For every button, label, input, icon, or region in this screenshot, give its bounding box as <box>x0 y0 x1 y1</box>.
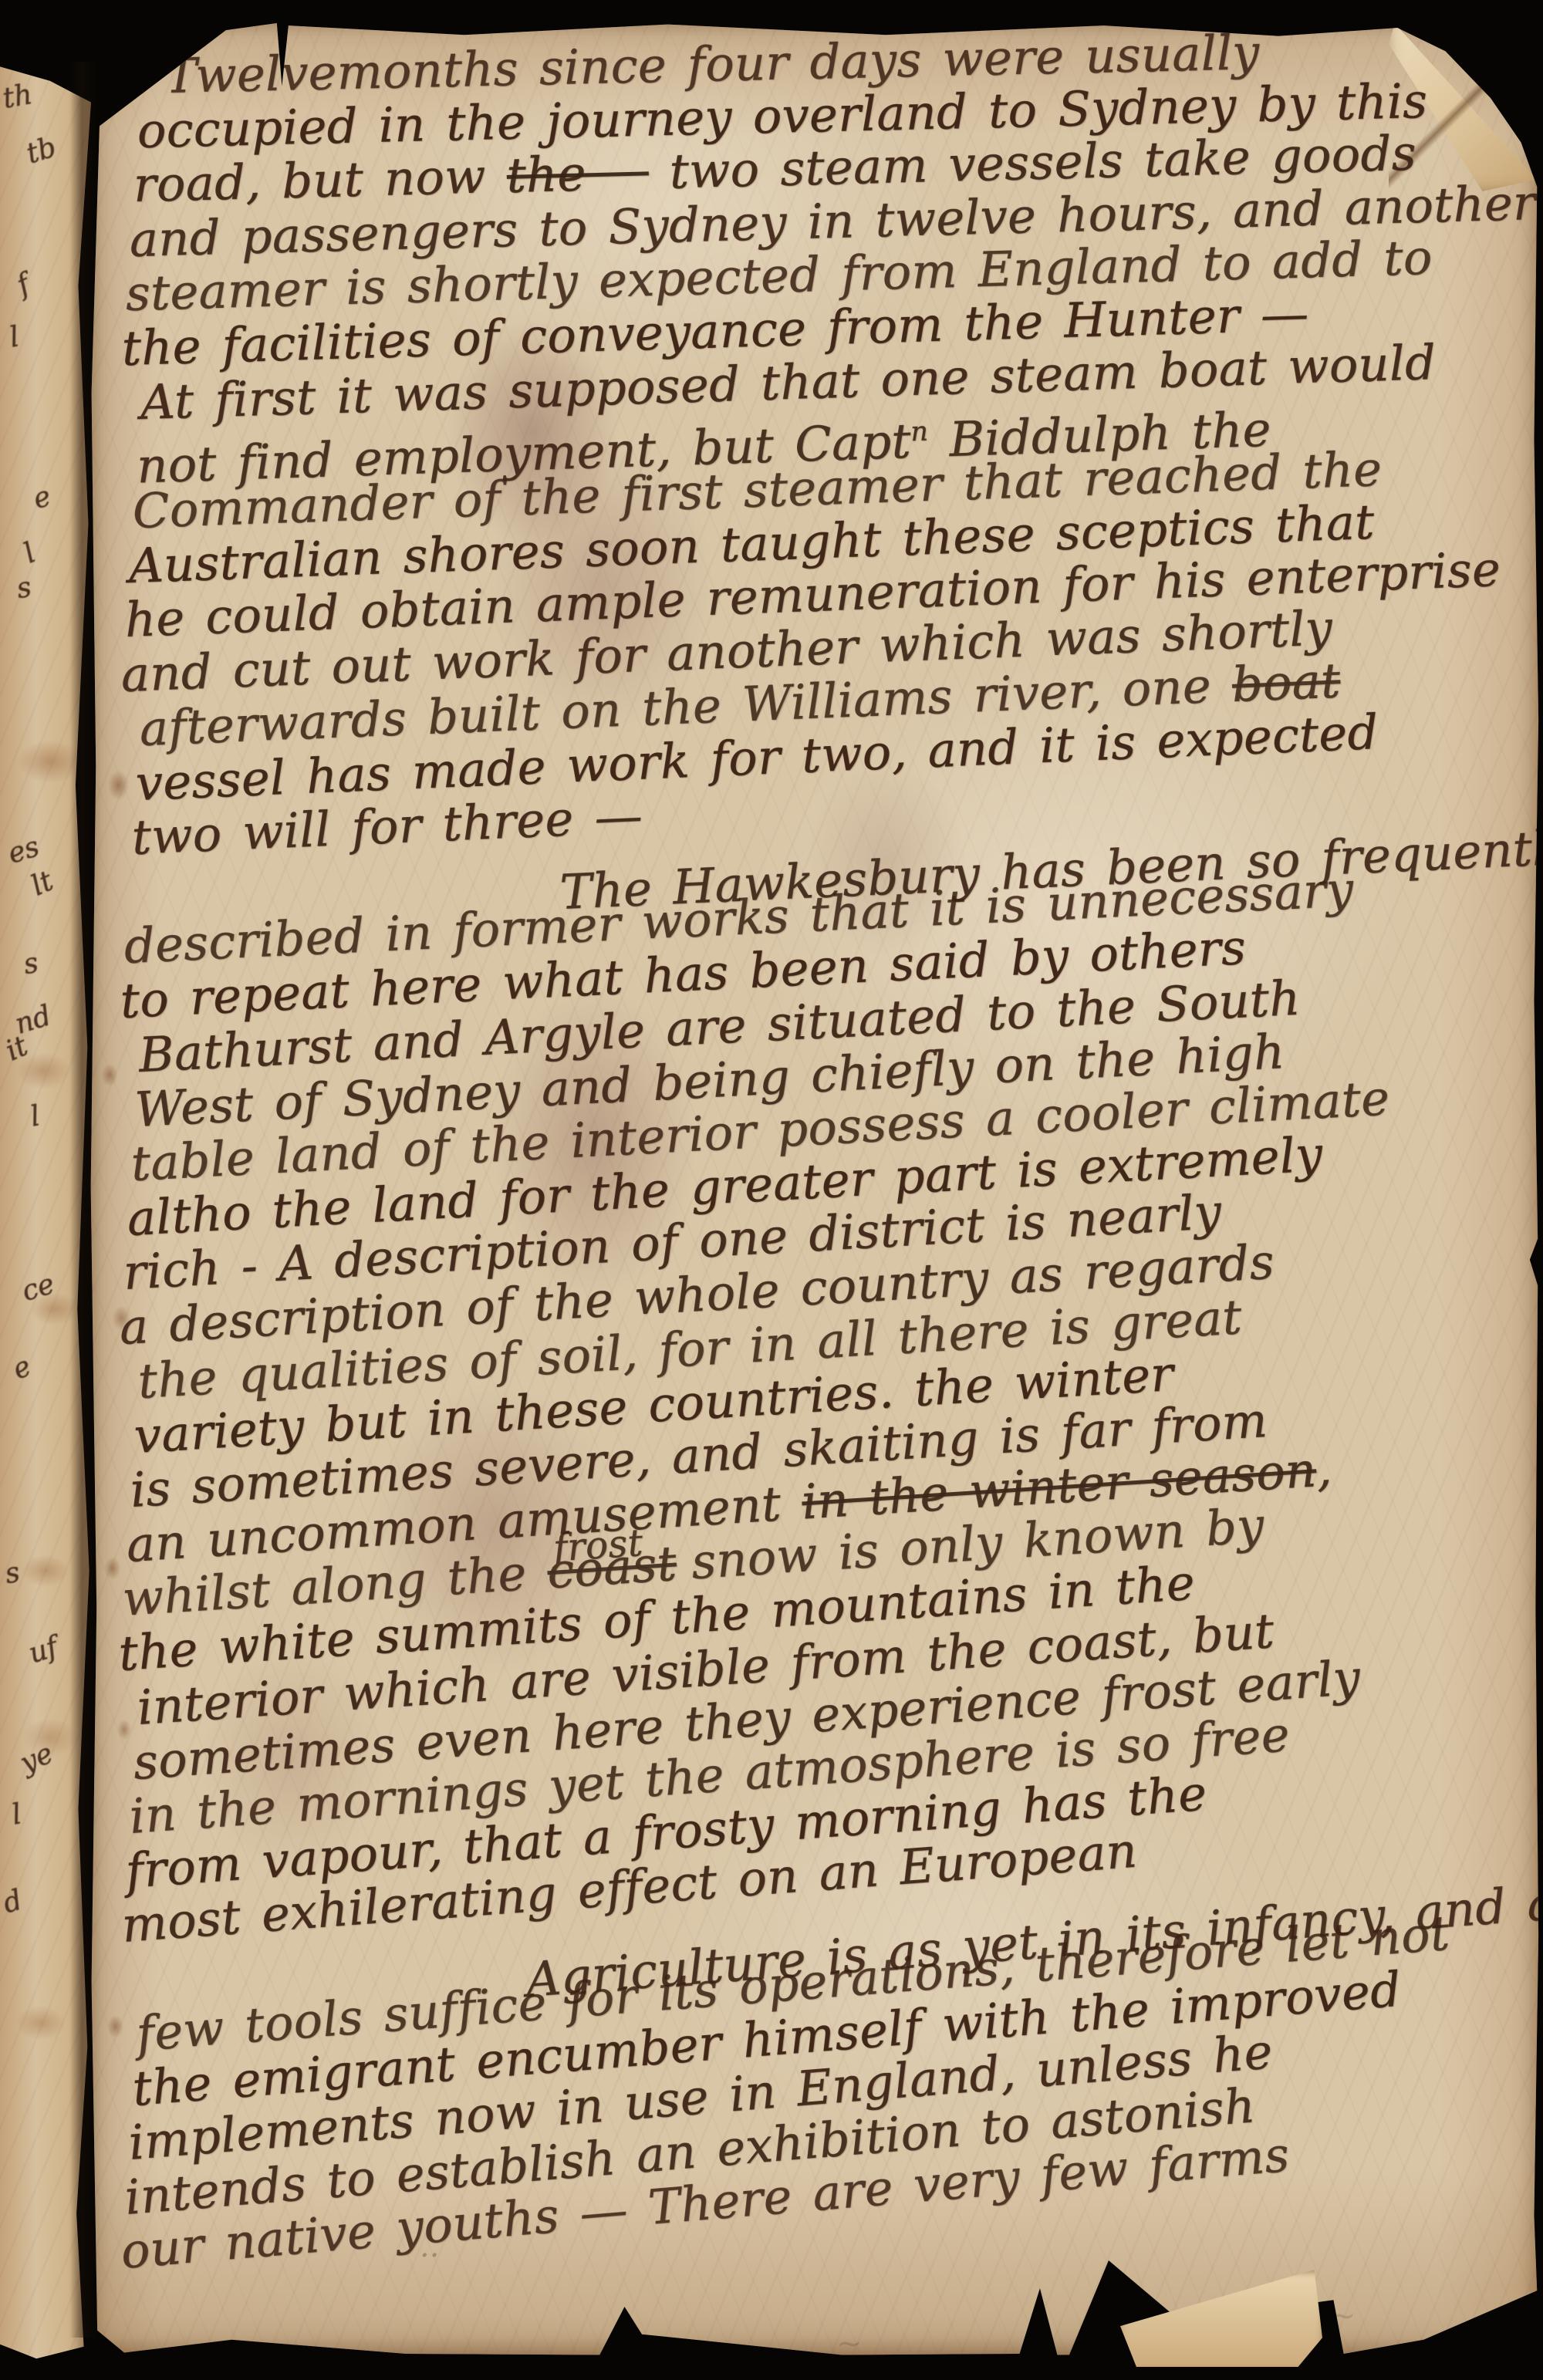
strikethrough-text: the <box>506 143 650 204</box>
page-edge-fragment: tb <box>24 133 59 168</box>
page-edge-fragment: ce <box>19 1271 58 1307</box>
page-edge-fragment: f <box>13 271 34 300</box>
manuscript-page: Twelvemonths since four days were usuall… <box>86 19 1540 2356</box>
document-scan: thtbflelsesltsnditlceesufyeld Twelvemont… <box>0 0 1543 2380</box>
manuscript-segment: , <box>1315 1440 1334 1497</box>
page-edge-fragment: e <box>30 483 54 515</box>
page-edge-fragment: ye <box>16 1740 57 1778</box>
page-edge-fragment: e <box>9 1352 35 1385</box>
page-edge-fragment: th <box>1 81 34 113</box>
page-edge-fragment: s <box>3 1559 22 1589</box>
page-edge-fragment: lt <box>28 867 57 900</box>
ink-mark: .. <box>420 2231 439 2262</box>
inserted-word: frost <box>552 1521 644 1570</box>
page-edge-fragment: es <box>5 833 43 869</box>
page-edge-fragment: s <box>22 950 40 980</box>
strikethrough-text: boat <box>1231 652 1341 713</box>
ink-mark: ~ <box>1330 2301 1356 2331</box>
superscript-text: n <box>910 416 929 447</box>
page-edge-fragment: l <box>10 1801 24 1829</box>
page-edge-fragment: l <box>29 1102 42 1131</box>
ink-mark: ~ <box>836 2328 863 2359</box>
manuscript-text: Twelvemonths since four days were usuall… <box>130 49 1518 2280</box>
page-edge-fragment: l <box>20 539 39 569</box>
page-edge-fragment: l <box>8 323 22 352</box>
page-edge-fragment: uf <box>26 1633 61 1668</box>
page-edge-fragment: s <box>15 574 33 604</box>
page-edge-fragment: d <box>0 1886 25 1918</box>
